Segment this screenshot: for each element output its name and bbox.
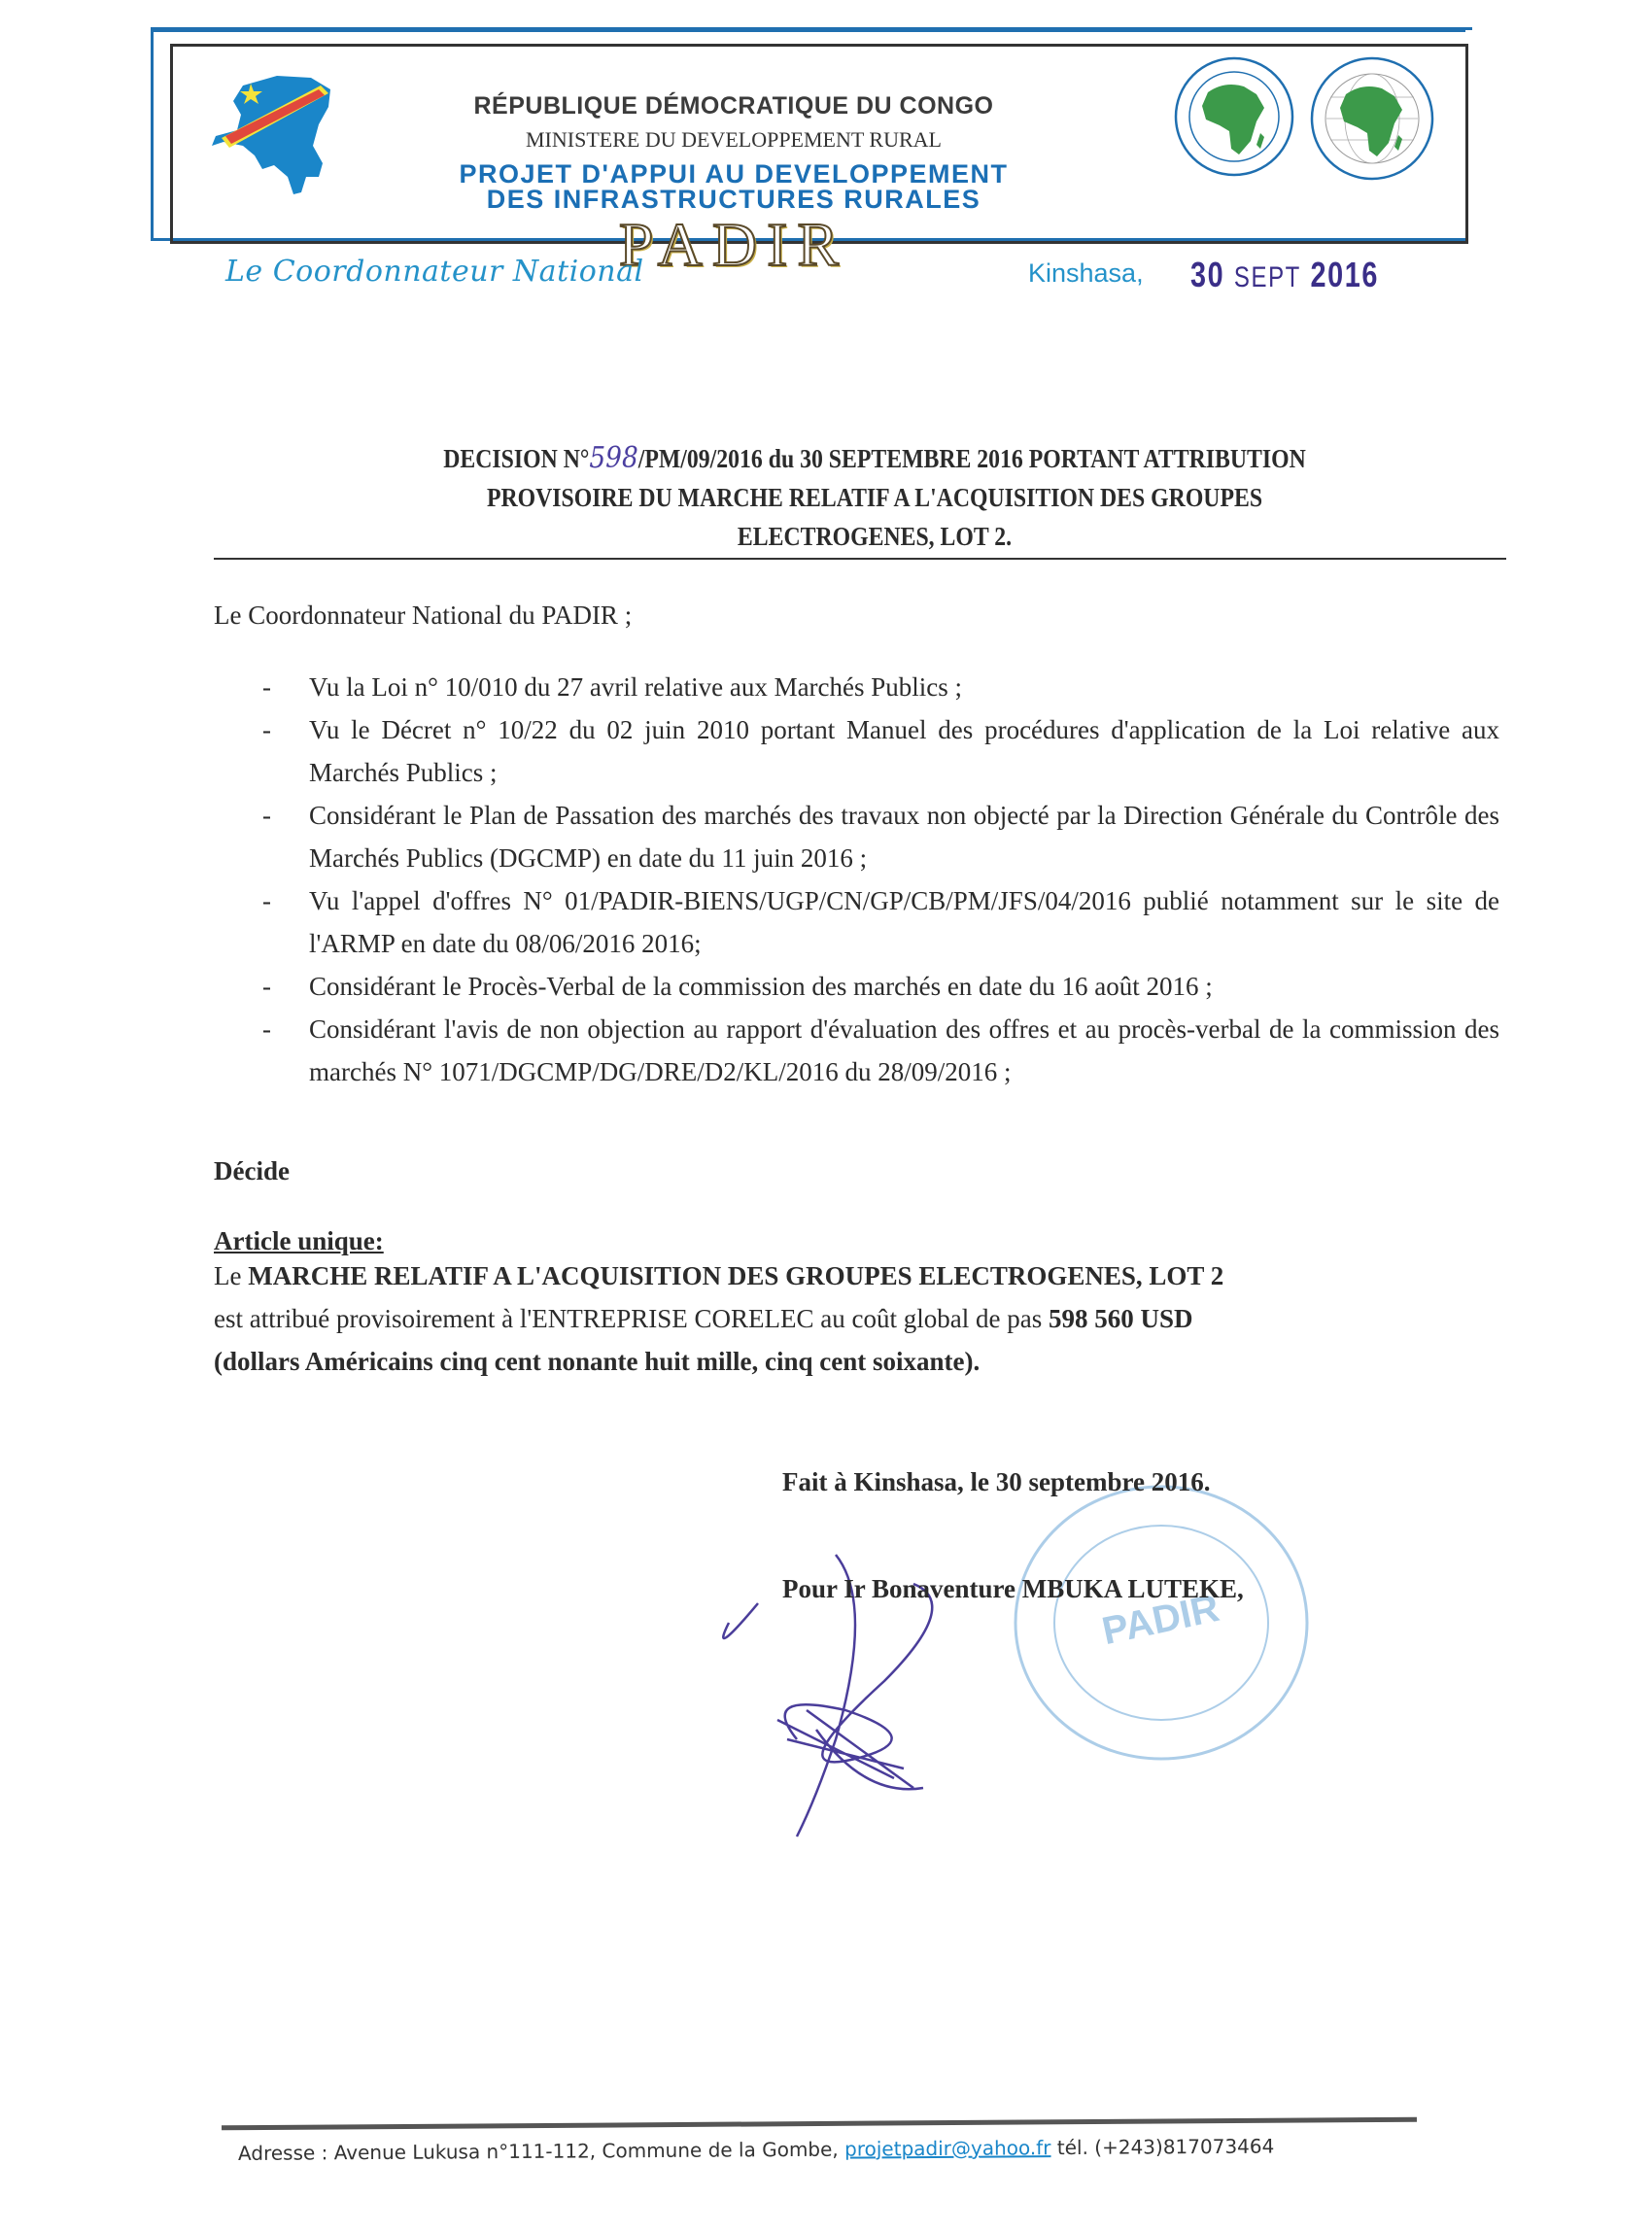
decision-number-handwritten: 598 bbox=[589, 441, 637, 475]
african-development-fund-logo bbox=[1307, 53, 1438, 185]
signatory-name: Pour Ir Bonaventure MBUKA LUTEKE, bbox=[782, 1574, 1244, 1604]
footer-divider bbox=[222, 2117, 1417, 2131]
phone-text: tél. (+243)817073464 bbox=[1050, 2135, 1274, 2160]
article-award-text: est attribué provisoirement à l'ENTREPRI… bbox=[214, 1304, 1049, 1333]
decision-title-line3: ELECTROGENES, LOT 2. bbox=[276, 517, 1473, 556]
article-line2: est attribué provisoirement à l'ENTREPRI… bbox=[214, 1304, 1516, 1334]
email-link[interactable]: projetpadir@yahoo.fr bbox=[844, 2136, 1051, 2160]
decision-title-line2: PROVISOIRE DU MARCHE RELATIF A L'ACQUISI… bbox=[276, 478, 1473, 517]
consideration-item: Vu la Loi n° 10/010 du 27 avril relative… bbox=[309, 666, 1499, 708]
consideration-item: Vu le Décret n° 10/22 du 02 juin 2010 po… bbox=[309, 708, 1499, 794]
article-amount: 598 560 USD bbox=[1049, 1304, 1193, 1333]
office-signature-line: Le Coordonnateur National bbox=[225, 255, 644, 289]
consideration-item: Considérant le Procès-Verbal de la commi… bbox=[309, 965, 1499, 1008]
article-subject: MARCHE RELATIF A L'ACQUISITION DES GROUP… bbox=[248, 1261, 1223, 1290]
article-amount-words: (dollars Américains cinq cent nonante hu… bbox=[214, 1347, 1516, 1377]
letterhead-titles: RÉPUBLIQUE DÉMOCRATIQUE DU CONGO MINISTE… bbox=[321, 44, 1147, 238]
african-development-bank-logo bbox=[1171, 53, 1297, 180]
consideration-item: Considérant le Plan de Passation des mar… bbox=[309, 794, 1499, 879]
bullet-dash: - bbox=[262, 972, 271, 1002]
article-line1: Le MARCHE RELATIF A L'ACQUISITION DES GR… bbox=[214, 1261, 1516, 1291]
date-stamp: 30 SEPT 2016 bbox=[1190, 255, 1379, 295]
country-name: RÉPUBLIQUE DÉMOCRATIQUE DU CONGO bbox=[321, 92, 1147, 120]
intro-line: Le Coordonnateur National du PADIR ; bbox=[214, 601, 632, 631]
address-text: Adresse : Avenue Lukusa n°111-112, Commu… bbox=[238, 2138, 844, 2165]
city-label: Kinshasa, bbox=[1028, 258, 1144, 289]
project-name-line1: PROJET D'APPUI AU DEVELOPPEMENT bbox=[321, 160, 1147, 188]
bullet-dash: - bbox=[262, 886, 271, 916]
title-divider bbox=[214, 558, 1506, 560]
article-heading: Article unique: bbox=[214, 1226, 384, 1256]
decision-title-line1: DECISION N°598/PM/09/2016 du 30 SEPTEMBR… bbox=[276, 439, 1473, 478]
article-le: Le bbox=[214, 1261, 248, 1290]
decision-prefix: DECISION N° bbox=[443, 444, 589, 473]
decision-title-rest: /PM/09/2016 du 30 SEPTEMBRE 2016 PORTANT… bbox=[638, 444, 1306, 473]
footer-address: Adresse : Avenue Lukusa n°111-112, Commu… bbox=[238, 2135, 1274, 2165]
official-seal-stamp: PADIR bbox=[1001, 1477, 1322, 1768]
date-stamp-month: SEPT bbox=[1234, 261, 1301, 293]
bullet-dash: - bbox=[262, 801, 271, 831]
bullet-dash: - bbox=[262, 715, 271, 745]
ministry-name: MINISTERE DU DEVELOPPEMENT RURAL bbox=[321, 127, 1147, 153]
bullet-dash: - bbox=[262, 672, 271, 703]
date-stamp-day: 30 bbox=[1190, 255, 1224, 294]
consideration-item: Considérant l'avis de non objection au r… bbox=[309, 1008, 1499, 1093]
bullet-dash: - bbox=[262, 1014, 271, 1045]
consideration-item: Vu l'appel d'offres N° 01/PADIR-BIENS/UG… bbox=[309, 879, 1499, 965]
place-and-date: Fait à Kinshasa, le 30 septembre 2016. bbox=[782, 1467, 1211, 1497]
date-stamp-year: 2016 bbox=[1311, 255, 1379, 294]
decide-heading: Décide bbox=[214, 1156, 290, 1186]
